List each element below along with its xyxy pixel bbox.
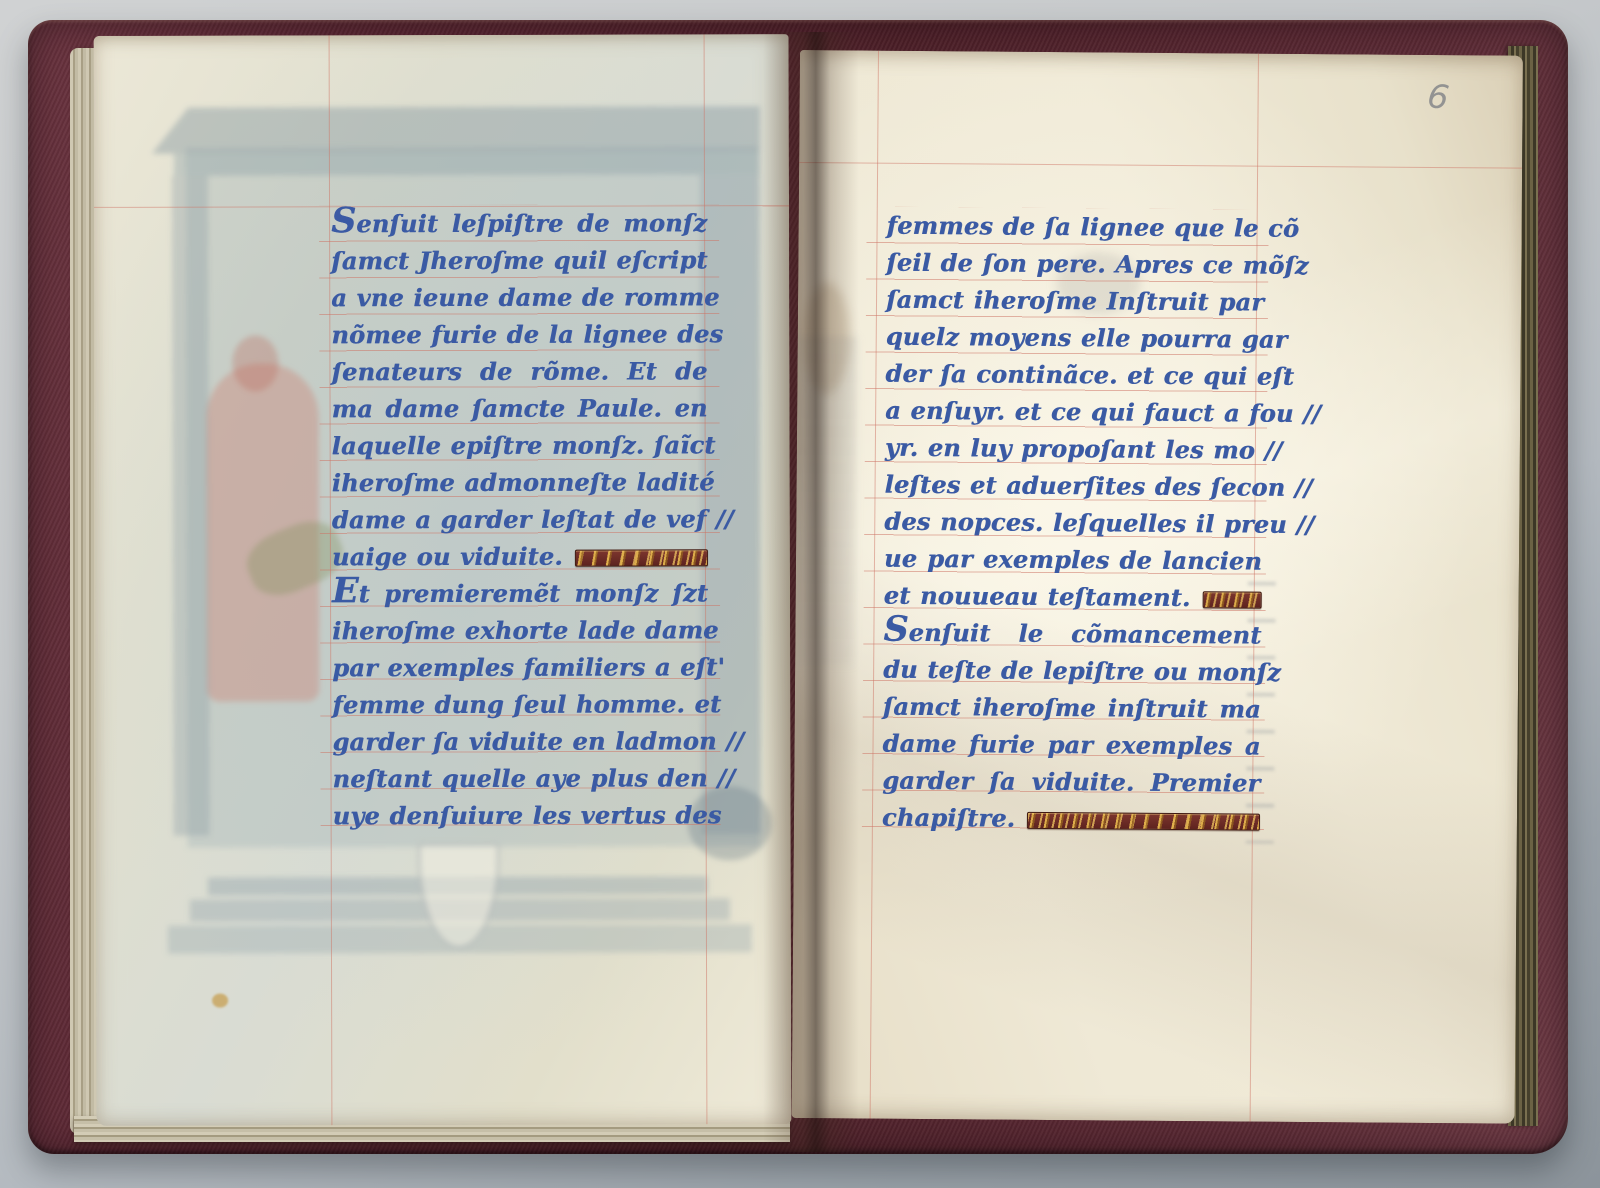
manuscript-line: uaige ou viduite. [332,537,708,575]
manuscript-line: des nopces. leſquelles il preu // [884,503,1262,543]
manuscript-line: a enſuyr. et ce qui fauct a fou // [885,392,1263,432]
manuscript-line-text: et nouueau teſtament. [884,577,1191,616]
figure-head-showthrough [232,335,278,391]
manuscript-line: dame furie par exemples a [882,725,1260,765]
red-robed-figure-showthrough [206,363,319,701]
showthrough-haze [795,336,858,666]
manuscript-line-text: neſtant quelle aye plus den // [332,759,735,797]
manuscript-line-text: ſamct iheroſme Inſtruit par [886,281,1264,321]
decorated-initial: S [883,609,908,650]
manuscript-line-text: a enſuyr. et ce qui fauct a fou // [885,392,1321,432]
manuscript-line: garder ſa viduite en ladmon // [332,722,708,760]
manuscript-line: a vne ieune dame de romme [331,278,707,316]
manuscript-line-text: uaige ou viduite. [332,538,563,576]
left-page: Senſuit leſpiſtre de monſzſamct Jheroſme… [94,34,792,1126]
manuscript-line-text: Et premieremẽt monſz ſzt [332,574,708,612]
manuscript-line: ſeil de ſon pere. Apres ce mõſz [886,244,1264,284]
manuscript-line-text: ue par exemples de lancien [884,540,1262,580]
manuscript-line: par exemples familiers a eſt' [332,648,708,686]
manuscript-line-text: quelz moyens elle pourra gar [886,318,1288,358]
manuscript-line: quelz moyens elle pourra gar [886,318,1264,358]
plinth-showthrough [168,924,752,954]
gold-line-filler-ornament [1202,591,1261,608]
right-page: 6 femmes de ſa lignee que le cõſeil de ſ… [792,50,1523,1124]
plinth-showthrough [208,876,708,895]
manuscript-line: et nouueau teſtament. [884,577,1262,617]
manuscript-line-text: du teſte de lepiſtre ou monſz [883,651,1281,691]
manuscript-line: Senſuit leſpiſtre de monſz [331,204,707,242]
photo-backdrop: Senſuit leſpiſtre de monſzſamct Jheroſme… [0,0,1600,1188]
manuscript-line-text: dame furie par exemples a [882,725,1260,765]
manuscript-line: iheroſme exhorte lade dame [332,611,708,649]
manuscript-line-text: uye denſuiure les vertus des [333,796,722,834]
manuscript-line: Senſuit le cõmancement [883,614,1261,654]
cornice-showthrough [174,152,760,176]
right-page-text: femmes de ſa lignee que le cõſeil de ſon… [882,207,1265,839]
manuscript-line: neſtant quelle aye plus den // [332,759,708,797]
manuscript-line: ſenateurs de rõme. Et de [331,352,707,390]
manuscript-line-text: ma dame ſamcte Paule. en [332,389,708,427]
gold-line-filler-ornament [575,549,708,566]
manuscript-line: femmes de ſa lignee que le cõ [886,207,1264,247]
left-page-text: Senſuit leſpiſtre de monſzſamct Jheroſme… [331,204,709,834]
cornice-showthrough [152,106,760,154]
manuscript-line: iheroſme admonneſte ladité [332,463,708,501]
decorated-initial: E [332,570,359,611]
manuscript-line: dame a garder leſtat de vef // [332,500,708,538]
manuscript-line-text: a vne ieune dame de romme [331,278,719,316]
manuscript-line-text: Senſuit leſpiſtre de monſz [331,204,707,242]
manuscript-line-text: ſamct Jheroſme quil eſcript [331,241,708,279]
manuscript-line: nõmee furie de la lignee des [331,315,707,353]
manuscript-line-text: Senſuit le cõmancement [883,614,1261,654]
manuscript-line-text: chapiſtre. [882,799,1015,837]
manuscript-line: du teſte de lepiſtre ou monſz [883,651,1261,691]
manuscript-line: Et premieremẽt monſz ſzt [332,574,708,612]
manuscript-line: ſamct iheroſme Inſtruit par [886,281,1264,321]
blank-shield-showthrough [418,843,500,949]
manuscript-line-text: yr. en luy propoſant les mo // [885,429,1283,469]
manuscript-line-text: ſenateurs de rõme. Et de [331,352,707,390]
pilaster-showthrough [172,176,210,836]
decorated-initial: S [331,200,356,241]
manuscript-line: ue par exemples de lancien [884,540,1262,580]
manuscript-line-text: iheroſme admonneſte ladité [332,463,715,501]
manuscript-line-text: ſamct iheroſme inſtruit ma [883,688,1261,728]
manuscript-book: Senſuit leſpiſtre de monſzſamct Jheroſme… [28,20,1568,1154]
manuscript-line-text: laquelle epiſtre monſz. ſaĩct [332,426,716,464]
gold-line-filler-ornament [1027,812,1260,831]
stain-spot [212,994,228,1008]
manuscript-line-text: garder ſa viduite. Premier [882,762,1260,802]
manuscript-line-text: garder ſa viduite en ladmon // [332,722,744,760]
manuscript-line-text: dame a garder leſtat de vef // [332,500,734,538]
manuscript-line: der ſa continãce. et ce qui eſt [885,355,1263,395]
manuscript-line: chapiſtre. [882,799,1260,839]
manuscript-line: leſtes et aduerſites des ſecon // [884,466,1262,506]
manuscript-line-text: leſtes et aduerſites des ſecon // [884,466,1312,506]
manuscript-line: uye denſuiure les vertus des [333,796,709,834]
plinth-showthrough [190,898,730,921]
manuscript-line: ma dame ſamcte Paule. en [332,389,708,427]
manuscript-line: femme dung ſeul homme. et [332,685,708,723]
manuscript-line-text: par exemples familiers a eſt' [332,648,725,686]
manuscript-line-text: femmes de ſa lignee que le cõ [886,207,1299,247]
manuscript-line-text: femme dung ſeul homme. et [332,685,721,723]
manuscript-line-text: des nopces. leſquelles il preu // [884,503,1314,543]
manuscript-line-text: der ſa continãce. et ce qui eſt [885,355,1294,395]
manuscript-line: garder ſa viduite. Premier [882,762,1260,802]
manuscript-line-text: ſeil de ſon pere. Apres ce mõſz [886,244,1309,284]
manuscript-line: yr. en luy propoſant les mo // [885,429,1263,469]
manuscript-line: ſamct iheroſme inſtruit ma [883,688,1261,728]
manuscript-line-text: iheroſme exhorte lade dame [332,611,719,649]
manuscript-line-text: nõmee furie de la lignee des [331,315,723,353]
manuscript-line: laquelle epiſtre monſz. ſaĩct [332,426,708,464]
manuscript-line: ſamct Jheroſme quil eſcript [331,241,707,279]
